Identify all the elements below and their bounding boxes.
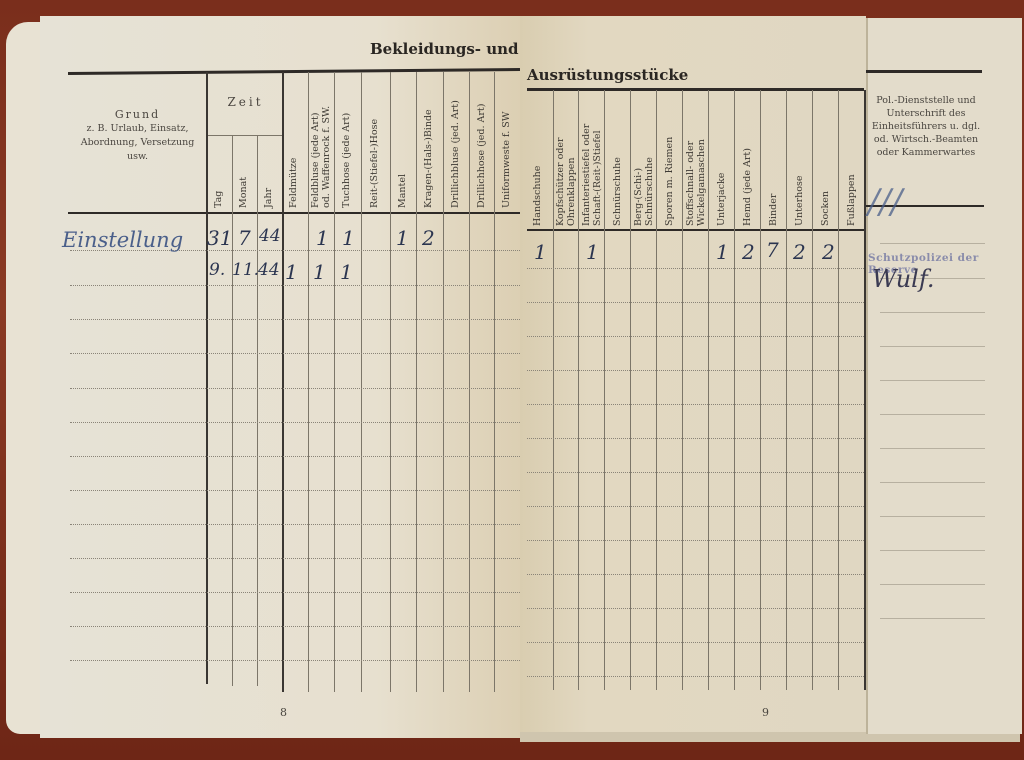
row-line [70,592,520,593]
entry-infanteriestiefel: 1 [586,240,599,264]
col-header-drillichbluse: Drillichbluse (jed. Art) [450,78,461,208]
row-line [880,550,985,551]
col-border [760,90,761,690]
entry-grund: Einstellung [62,228,183,252]
row-line [527,608,864,609]
tag-header: Tag [213,150,224,208]
row-line [880,516,985,517]
col-border [734,90,735,690]
col-header-unterjacke: Unterjacke [716,96,727,226]
row-line [70,388,520,389]
entry-monat: 7 [238,226,251,250]
col-header-socken: Socken [820,96,831,226]
row-line [527,302,864,303]
grund-title: Grund [70,108,205,122]
row-line [880,618,985,619]
page-number-left: 8 [280,706,287,719]
monat-header: Monat [238,150,249,208]
open-booklet: Bekleidungs- und Grund z. B. Urlaub, Ein… [0,0,1024,760]
row-line [880,414,985,415]
row-line [70,490,520,491]
row-line [527,676,864,677]
col-header-hemd: Hemd (jede Art) [742,96,753,226]
col-header-reithose: Reit-(Stiefel-)Hose [369,78,380,208]
col-header-fusslappen: Fußlappen [846,96,857,226]
row-line [70,285,520,286]
entry-socken: 2 [822,240,835,264]
col-header-binder: Binder [768,96,779,226]
col-border [604,90,605,690]
row-line [527,438,864,439]
col-header-unterhose: Unterhose [794,96,805,226]
row-line [70,319,520,320]
entry-tag: 9. [209,260,225,280]
entry-tuchhose: 1 [342,226,355,250]
row-line [70,422,520,423]
jahr-header: Jahr [263,150,274,208]
row-line [527,336,864,337]
flap-top-rule [866,70,982,73]
monat-column-border [257,136,258,686]
zeit-column-border [282,72,284,692]
row-line [70,353,520,354]
entry-tag: 31 [207,226,232,250]
col-border [334,72,335,692]
col-header-gamaschen: Stoffschnall- oder Wickelgamaschen [685,96,707,226]
entry-jahr: 44 [258,260,280,280]
col-border [838,90,839,690]
row-line [527,268,864,269]
col-border [682,90,683,690]
row-line [70,558,520,559]
entry-jahr: 44 [259,226,281,246]
zeit-divider [208,135,283,136]
tag-column-border [232,136,233,686]
row-line [880,482,985,483]
grund-header: Grund z. B. Urlaub, Einsatz, Abordnung, … [70,108,205,164]
entry-hemd: 2 [742,240,755,264]
col-header-drillichhose: Drillichhose (jed. Art) [476,78,487,208]
col-header-kragenbinde: Kragen-(Hals-)Binde [423,78,434,208]
col-header-sporen: Sporen m. Riemen [664,96,675,226]
entry-kragenbinde: 2 [422,226,435,250]
col-header-mantel: Mantel [397,78,408,208]
col-header-infanteriestiefel: Infanteriestiefel oder Schaft-(Reit-)Sti… [581,96,603,226]
col-header-uniformweste: Uniformweste f. SW [501,78,512,208]
row-line [880,243,985,244]
col-border [708,90,709,690]
entry-handschuhe: 1 [534,240,547,264]
col-header-feldbluse: Feldbluse (jede Art) od. Waffenrock f. S… [310,78,332,208]
col-border [308,72,309,692]
signature: Wulf. [872,265,934,293]
flap-header: Pol.-Dienststelle und Unterschrift des E… [866,94,986,159]
row-line [527,472,864,473]
col-border [443,72,444,692]
col-border [578,90,579,690]
row-line [70,660,520,661]
right-page-title: Ausrüstungsstücke [527,66,688,84]
col-header-tuchhose: Tuchhose (jede Art) [341,78,352,208]
entry-mantel: 1 [396,226,409,250]
page-number-right: 9 [762,706,769,719]
entry-feldbluse: 1 [313,260,326,284]
row-line [527,574,864,575]
col-border [786,90,787,690]
left-page-title: Bekleidungs- und [370,40,519,58]
col-header-bergschuhe: Berg-(Schi-) Schnürschuhe [633,96,655,226]
entry-feldmuetze: 1 [285,260,298,284]
entry-binder: 7 [766,238,779,262]
col-border [469,72,470,692]
row-line [527,370,864,371]
row-line [880,312,985,313]
col-header-kopfschuetzer: Kopfschützer oder Ohrenklappen [555,96,577,226]
zeit-title: Zeit [208,95,283,109]
row-line [880,380,985,381]
entry-feldbluse: 1 [316,226,329,250]
row-line [527,404,864,405]
row-line [70,456,520,457]
row-line [527,642,864,643]
col-border [656,90,657,690]
col-header-handschuhe: Handschuhe [532,96,543,226]
entry-monat: 11. [232,260,259,280]
col-border [812,90,813,690]
col-header-schnuerschuhe: Schnürschuhe [612,96,623,226]
row-line [880,448,985,449]
row-line [70,626,520,627]
entry-tuchhose: 1 [340,260,353,284]
row-line [70,524,520,525]
entry-unterjacke: 1 [716,240,729,264]
grund-subtitle: z. B. Urlaub, Einsatz, Abordnung, Verset… [70,122,205,164]
col-border [494,72,495,692]
col-border [553,90,554,690]
col-header-feldmuetze: Feldmütze [288,78,299,208]
row-line [527,506,864,507]
entry-unterhose: 2 [793,240,806,264]
signature-scribble: /// [868,182,902,222]
col-border [390,72,391,692]
col-border [630,90,631,690]
row-line [880,584,985,585]
row-line [527,540,864,541]
col-border [416,72,417,692]
col-border [361,72,362,692]
header-rule-left [68,212,520,214]
row-line [880,346,985,347]
